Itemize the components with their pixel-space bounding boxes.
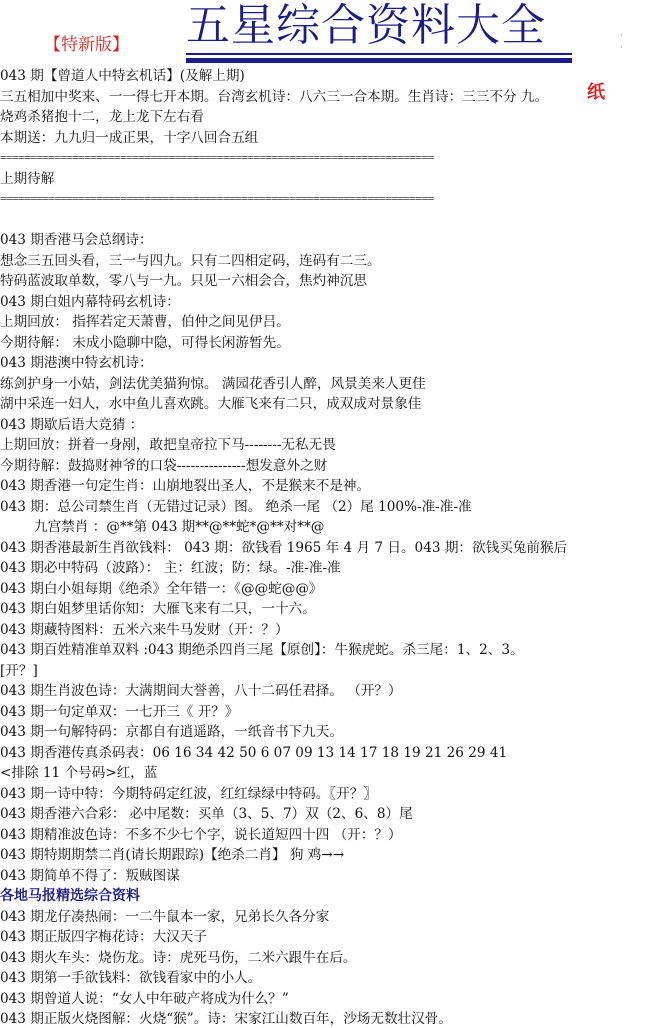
edition-label: 【特新版】	[44, 30, 129, 55]
text-line: 043 期香港六合彩： 必中尾数：买单（3、5、7）双（2、6、8）尾	[0, 804, 648, 825]
text-line: 043 期【曾道人中特玄机话】(及解上期)	[0, 66, 648, 87]
page-title: 五星综合资料大全	[186, 2, 546, 50]
text-line: 043 期香港最新生肖欲钱料： 043 期：欲钱看 1965 年 4 月 7 日…	[0, 538, 648, 559]
text-line: 本期送：九九归一成正果，十字八回合五组	[0, 128, 648, 149]
text-line: 练剑护身一小姑，剑法优美猫狗惊。 满园花香引人醉，风景美来人更佳	[0, 374, 648, 395]
text-line: 043 期香港一句定生肖：山崩地裂出圣人，不是猴来不是神。	[0, 476, 648, 497]
text-line: 043 期精准波色诗：不多不少七个字，说长道短四十四 （开：？）	[0, 825, 648, 846]
text-line: 043 期白姐梦里话你知：大雁飞来有二只，一十六。	[0, 599, 648, 620]
text-line: 烧鸡杀猪抱十二，龙上龙下左右看	[0, 107, 648, 128]
text-line: 上期回放： 指挥若定天萧曹，伯仲之间见伊吕。	[0, 312, 648, 333]
page-header: 【特新版】 五星综合资料大全 ··	[0, 0, 648, 66]
text-line: 043 期香港传真杀码表：06 16 34 42 50 6 07 09 13 1…	[0, 743, 648, 764]
text-line: 043 期白姐内幕特码玄机诗：	[0, 292, 648, 313]
text-line: 043 期一句定单双：一七开三《 开？》	[0, 702, 648, 723]
text-line: 043 期港澳中特玄机诗：	[0, 353, 648, 374]
text-line: 湖中采连一妇人，水中鱼儿喜欢跳。大雁飞来有二只，成双成对景象佳	[0, 394, 648, 415]
text-line: <排除 11 个号码>红，蓝	[0, 763, 648, 784]
text-line: 043 期百姓精准单双料 :043 期绝杀四肖三尾【原创】：牛猴虎蛇。杀三尾：1…	[0, 640, 648, 661]
text-line: 043 期特期期禁二肖(请长期跟踪)【绝杀二肖】 狗 鸡→→	[0, 845, 648, 866]
text-line: 043 期正版火烧图解：火烧“猴”。诗：宋家江山数百年，沙场无数壮汉骨。	[0, 1009, 648, 1028]
title-underline-thin	[186, 53, 572, 55]
text-line: 上期待解	[0, 169, 648, 190]
text-line: 043 期曾道人说：“女人中年破产将成为什么？”	[0, 989, 648, 1010]
text-line: [开？]	[0, 661, 648, 682]
text-line: 043 期藏特图料：五米六来牛马发财（开：？）	[0, 620, 648, 641]
separator-line: ========================================…	[0, 189, 648, 210]
text-line: 想念三五回头看，三一与四九。只有二四相定码，连码有二三。	[0, 251, 648, 272]
blank-line	[0, 210, 648, 231]
section-heading: 各地马报精选综合资料	[0, 886, 648, 907]
text-line: 今期待解： 未成小隐聊中隐，可得长闲游暂先。	[0, 333, 648, 354]
text-line: 043 期歇后语大竞猜 ：	[0, 415, 648, 436]
title-underline-thick	[186, 58, 572, 63]
text-line: 043 期香港马会总纲诗：	[0, 230, 648, 251]
text-line: 九宫禁肖 ：@**第 043 期**@**蛇*@**对**@	[0, 517, 648, 538]
text-line: 三五相加中奖来、一一得七开本期。台湾玄机诗：八六三一合本期。生肖诗：三三不分 九…	[0, 87, 648, 108]
text-line: 043 期必中特码（波路）： 主：红波；防：绿。-准-准-准	[0, 558, 648, 579]
separator-line: ========================================…	[0, 148, 648, 169]
text-line: 043 期生肖波色诗：大满期间大誉善，八十二码任君择。 （开？）	[0, 681, 648, 702]
document-body: 043 期【曾道人中特玄机话】(及解上期) 三五相加中奖来、一一得七开本期。台湾…	[0, 66, 648, 1028]
edge-marks: ··	[620, 30, 624, 54]
text-line: 043 期第一手欲钱料：欲钱看家中的小人。	[0, 968, 648, 989]
text-line: 特码蓝波取单数，零八与一九。只见一六相会合，焦灼神沉思	[0, 271, 648, 292]
text-line: 043 期火车头：烧伤龙。诗：虎死马伤，二米六跟牛在后。	[0, 948, 648, 969]
text-line: 043 期白小姐每期《绝杀》全年错一：《@@蛇@@》	[0, 579, 648, 600]
text-line: 上期回放：拼着一身剐，敢把皇帝拉下马--------无私无畏	[0, 435, 648, 456]
text-line: 043 期简单不得了：叛贼图谋	[0, 866, 648, 887]
text-line: 043 期龙仔凑热闹：一二牛鼠本一家，兄弟长久各分家	[0, 907, 648, 928]
text-line: 043 期正版四字梅花诗：大汉天子	[0, 927, 648, 948]
text-line: 043 期：总公司禁生肖（无错过记录）图。 绝杀一尾 （2）尾 100%-准-准…	[0, 497, 648, 518]
text-line: 043 期一句解特码：京都自有逍遥路，一纸音书下九天。	[0, 722, 648, 743]
text-line: 今期待解：鼓捣财神爷的口袋---------------想发意外之财	[0, 456, 648, 477]
text-line: 043 期一诗中特：今期特码定红波，红红绿绿中特码。〖开？〗	[0, 784, 648, 805]
